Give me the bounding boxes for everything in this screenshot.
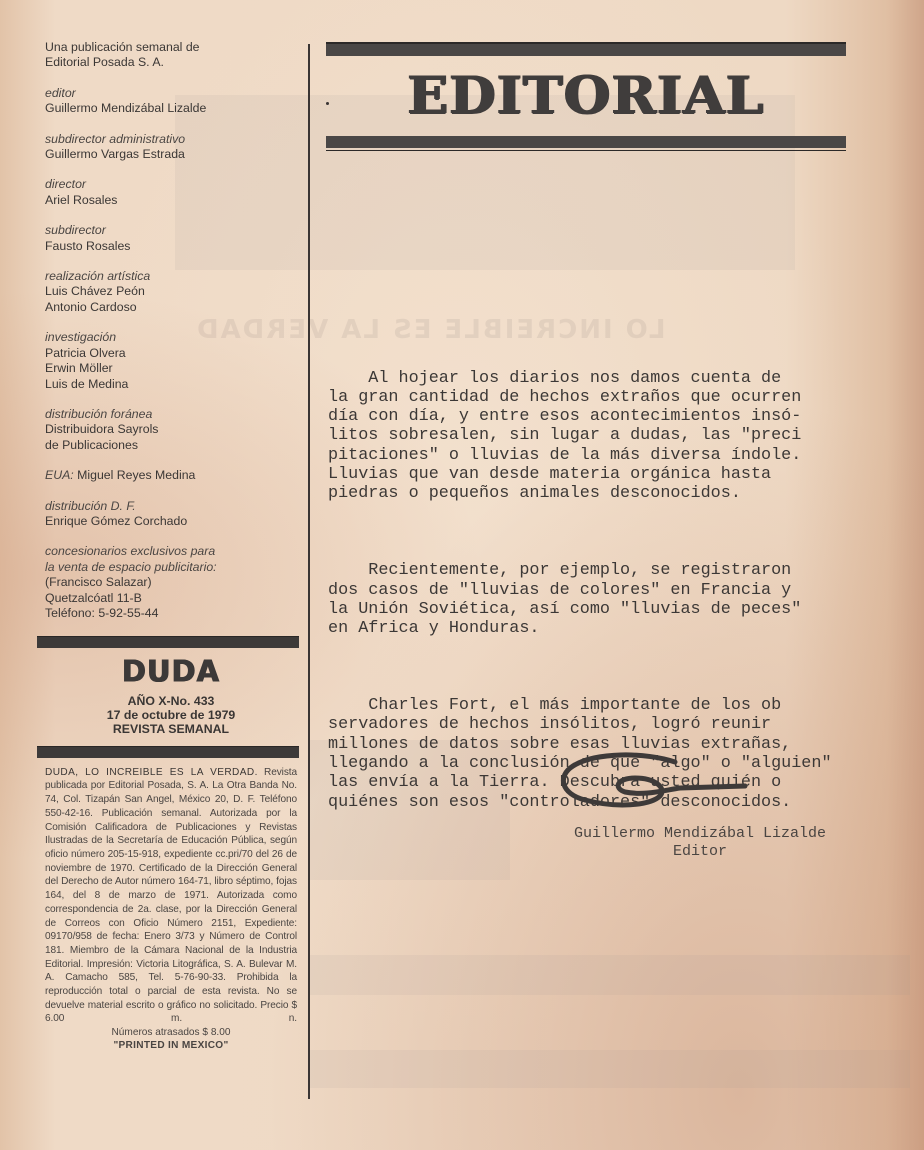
staff-credit: distribución D. F.Enrique Gómez Corchado [45, 499, 297, 530]
credit-name: Luis de Medina [45, 377, 297, 392]
legal-heading: DUDA, LO INCREIBLE ES LA VERDAD. [45, 767, 258, 778]
credit-role: subdirector administrativo [45, 132, 297, 147]
masthead-rule-bottom [37, 746, 299, 758]
staff-credit: subdirectorFausto Rosales [45, 223, 297, 254]
credit-name: Luis Chávez Peón [45, 284, 297, 299]
back-issues-price: Números atrasados $ 8.00 [45, 1026, 297, 1039]
credit-name: Guillermo Mendizábal Lizalde [45, 101, 297, 116]
editorial-header: EDITORIAL [326, 42, 846, 151]
credit-name: Miguel Reyes Medina [77, 468, 195, 482]
editorial-paragraph: Recientemente, por ejemplo, se registrar… [328, 561, 888, 638]
issue-frequency: REVISTA SEMANAL [45, 722, 297, 736]
publisher-name: Editorial Posada S. A. [45, 55, 297, 70]
credit-name: Antonio Cardoso [45, 300, 297, 315]
credit-name: de Publicaciones [45, 438, 297, 453]
bleed-through-block [310, 1050, 910, 1088]
credit-role: subdirector [45, 223, 297, 238]
credit-role: distribución foránea [45, 407, 297, 422]
signer-title: Editor [530, 843, 870, 861]
signer-name: Guillermo Mendizábal Lizalde [530, 825, 870, 843]
editorial-title: EDITORIAL [313, 56, 859, 136]
credit-name: (Francisco Salazar) [45, 575, 297, 590]
credit-role: distribución D. F. [45, 499, 297, 514]
credit-role: concesionarios exclusivos para [45, 544, 297, 559]
header-rule-thick [326, 136, 846, 148]
signer-block: Guillermo Mendizábal Lizalde Editor [530, 825, 870, 861]
masthead-rule-top [37, 636, 299, 648]
bleed-through-block [310, 955, 910, 995]
issue-date: 17 de octubre de 1979 [45, 708, 297, 722]
staff-credit: distribución foráneaDistribuidora Sayrol… [45, 407, 297, 453]
staff-credit: directorAriel Rosales [45, 177, 297, 208]
header-rule-thick [326, 44, 846, 56]
credit-role: editor [45, 86, 297, 101]
legal-notice: DUDA, LO INCREIBLE ES LA VERDAD. Revista… [45, 766, 297, 1026]
credit-name: Erwin Möller [45, 361, 297, 376]
header-rule-thin [326, 150, 846, 152]
credit-name: Teléfono: 5-92-55-44 [45, 606, 297, 621]
legal-tail: Números atrasados $ 8.00 "PRINTED IN MEX… [45, 1026, 297, 1052]
credit-role: director [45, 177, 297, 192]
duda-logo: DUDA [122, 664, 220, 680]
staff-credit: editorGuillermo Mendizábal Lizalde [45, 86, 297, 117]
credit-name: Guillermo Vargas Estrada [45, 147, 297, 162]
credit-name: Fausto Rosales [45, 239, 297, 254]
staff-credit: concesionarios exclusivos parala venta d… [45, 544, 297, 621]
editorial-paragraph: Al hojear los diarios nos damos cuenta d… [328, 369, 888, 504]
credit-role: realización artística [45, 269, 297, 284]
credit-role: investigación [45, 330, 297, 345]
staff-credits: editorGuillermo Mendizábal Lizaldesubdir… [45, 86, 297, 622]
credit-name: Ariel Rosales [45, 193, 297, 208]
staff-credit: subdirector administrativoGuillermo Varg… [45, 132, 297, 163]
credit-name: Enrique Gómez Corchado [45, 514, 297, 529]
publisher-line: Una publicación semanal de [45, 40, 297, 55]
staff-credit: investigaciónPatricia OlveraErwin Möller… [45, 330, 297, 392]
ink-speck [326, 102, 329, 105]
column-divider [308, 44, 310, 1099]
publisher-credit: Una publicación semanal de Editorial Pos… [45, 40, 297, 71]
credit-role: la venta de espacio publicitario: [45, 560, 297, 575]
credit-name: Distribuidora Sayrols [45, 422, 297, 437]
printed-in-mexico: "PRINTED IN MEXICO" [45, 1039, 297, 1052]
staff-credit: EUA: Miguel Reyes Medina [45, 468, 297, 483]
credit-inline: EUA: Miguel Reyes Medina [45, 468, 297, 483]
credit-role: EUA: [45, 468, 74, 482]
legal-text: Revista publicada por Editorial Posada, … [45, 767, 297, 1025]
staff-credit: realización artísticaLuis Chávez PeónAnt… [45, 269, 297, 315]
issue-info: DUDA AÑO X-No. 433 17 de octubre de 1979… [45, 648, 297, 745]
credit-name: Patricia Olvera [45, 346, 297, 361]
signature-scribble [555, 748, 755, 818]
masthead-column: Una publicación semanal de Editorial Pos… [45, 40, 297, 1052]
credit-name: Quetzalcóatl 11-B [45, 591, 297, 606]
issue-number: AÑO X-No. 433 [45, 694, 297, 708]
